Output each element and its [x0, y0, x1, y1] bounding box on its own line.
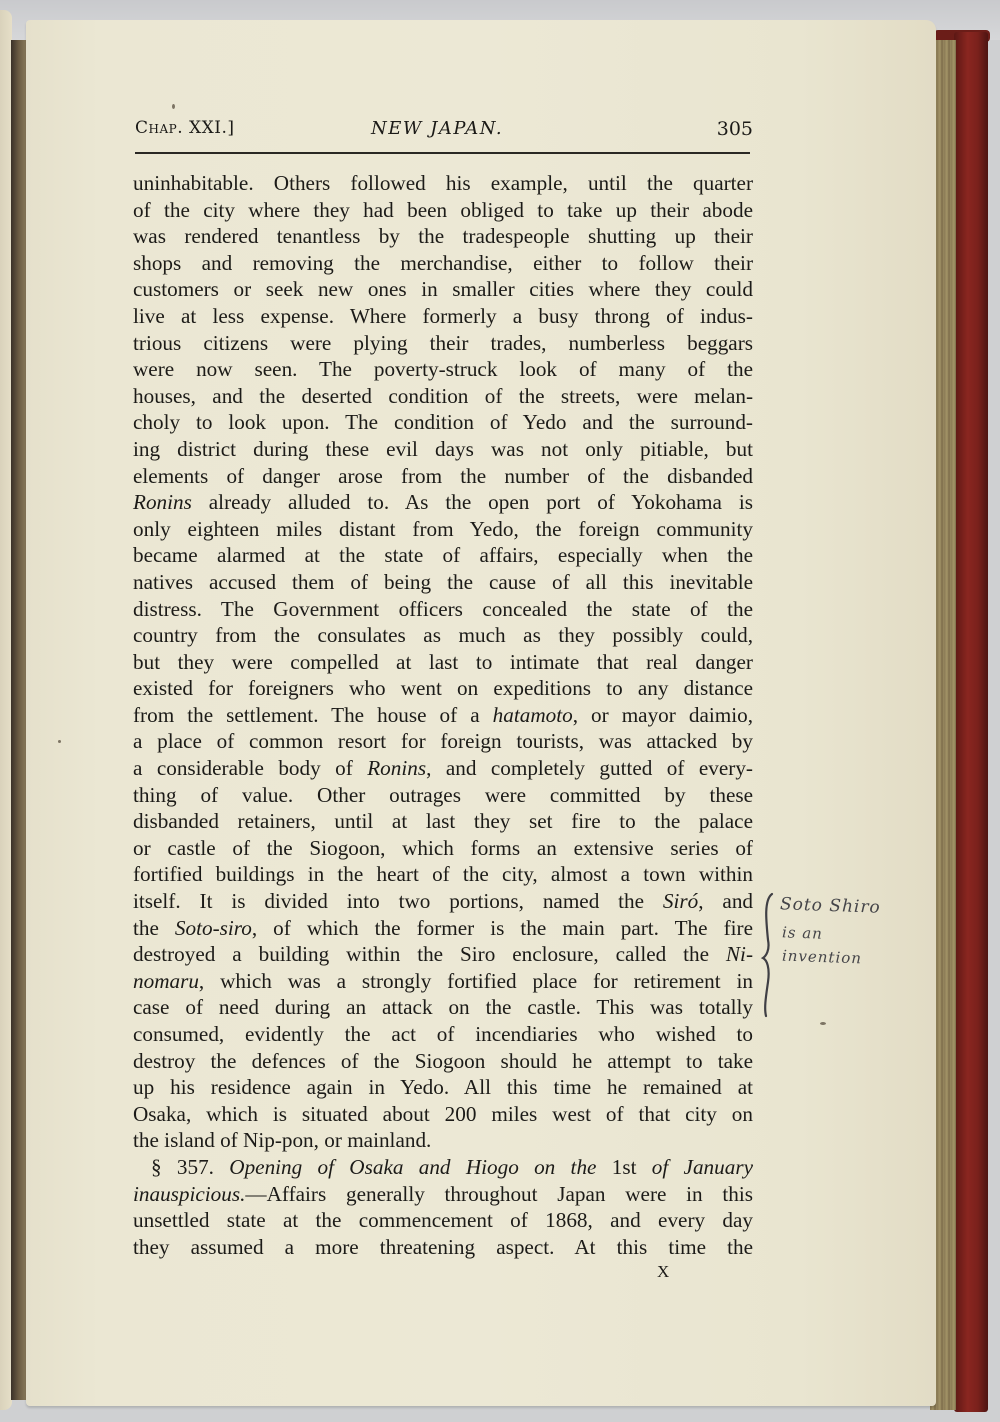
- text-run: itself. It is divided into two portions,…: [133, 889, 663, 913]
- text-run: only eighteen miles distant from Yedo, t…: [133, 517, 753, 541]
- text-run: the island of Nip-pon, or mainland.: [133, 1128, 431, 1152]
- text-run: choly to look upon. The condition of Yed…: [133, 410, 753, 434]
- text-line: choly to look upon. The condition of Yed…: [133, 409, 753, 436]
- text-run: , and completely gutted of every-: [426, 756, 753, 780]
- text-line: only eighteen miles distant from Yedo, t…: [133, 516, 753, 543]
- text-run: but they were compelled at last to intim…: [133, 650, 753, 674]
- text-run: a place of common resort for foreign tou…: [133, 729, 753, 753]
- text-line: nomaru, which was a strongly fortified p…: [133, 968, 753, 995]
- text-line: customers or seek new ones in smaller ci…: [133, 276, 753, 303]
- italic-text: Soto-siro: [175, 916, 252, 940]
- note-line: invention: [782, 947, 863, 968]
- note-line: is an: [782, 923, 823, 942]
- text-line: the Soto-siro, of which the former is th…: [133, 915, 753, 942]
- text-line: the island of Nip-pon, or mainland.: [133, 1127, 753, 1154]
- text-run: , of which the former is the main part. …: [252, 916, 753, 940]
- text-line: existed for foreigners who went on exped…: [133, 675, 753, 702]
- text-line: itself. It is divided into two portions,…: [133, 888, 753, 915]
- text-line: uninhabitable. Others followed his examp…: [133, 170, 753, 197]
- header-rule: [135, 152, 750, 154]
- note-line: Soto Shiro: [780, 894, 881, 918]
- text-run: became alarmed at the state of affairs, …: [133, 543, 753, 567]
- text-line: was rendered tenantless by the tradespeo…: [133, 223, 753, 250]
- text-line: a place of common resort for foreign tou…: [133, 728, 753, 755]
- italic-text: Ronins: [133, 490, 192, 514]
- text-run: or castle of the Siogoon, which forms an…: [133, 836, 753, 860]
- text-run: 1st: [612, 1155, 637, 1179]
- text-run: elements of danger arose from the number…: [133, 464, 753, 488]
- text-line: houses, and the deserted condition of th…: [133, 383, 753, 410]
- book-gutter: [11, 40, 27, 1400]
- text-line: they assumed a more threatening aspect. …: [133, 1234, 753, 1261]
- text-run: houses, and the deserted condition of th…: [133, 384, 753, 408]
- text-line: from the settlement. The house of a hata…: [133, 702, 753, 729]
- text-line: became alarmed at the state of affairs, …: [133, 542, 753, 569]
- marginal-annotation: Soto Shiro is an invention: [760, 890, 920, 1025]
- text-run: country from the consulates as much as t…: [133, 623, 753, 647]
- text-line: destroy the defences of the Siogoon shou…: [133, 1048, 753, 1075]
- text-line: were now seen. The poverty-struck look o…: [133, 356, 753, 383]
- italic-text: of January: [636, 1155, 753, 1179]
- text-line: ing district during these evil days was …: [133, 436, 753, 463]
- text-run: was rendered tenantless by the tradespeo…: [133, 224, 753, 248]
- italic-text: Opening of Osaka and Hiogo on the: [229, 1155, 611, 1179]
- text-run: from the settlement. The house of a: [133, 703, 493, 727]
- italic-text: nomaru: [133, 969, 199, 993]
- text-line: or castle of the Siogoon, which forms an…: [133, 835, 753, 862]
- paper-speck: [58, 740, 61, 743]
- text-run: trious citizens were plying their trades…: [133, 331, 753, 355]
- text-run: thing of value. Other outrages were comm…: [133, 783, 753, 807]
- text-run: ing district during these evil days was …: [133, 437, 753, 461]
- text-run: unsettled state at the commencement of 1…: [133, 1208, 753, 1232]
- text-line: a considerable body of Ronins, and compl…: [133, 755, 753, 782]
- text-line: of the city where they had been obliged …: [133, 197, 753, 224]
- text-run: case of need during an attack on the cas…: [133, 995, 753, 1019]
- text-run: were now seen. The poverty-struck look o…: [133, 357, 753, 381]
- text-line: consumed, evidently the act of incendiar…: [133, 1021, 753, 1048]
- text-run: , which was a strongly fortified place f…: [199, 969, 753, 993]
- text-run: , and: [698, 889, 753, 913]
- text-run: distress. The Government officers concea…: [133, 597, 753, 621]
- text-run: shops and removing the merchandise, eith…: [133, 251, 753, 275]
- text-line: inauspicious.—Affairs generally througho…: [133, 1181, 753, 1208]
- paper-speck: [172, 104, 175, 109]
- text-line: disbanded retainers, until at last they …: [133, 808, 753, 835]
- body-text: uninhabitable. Others followed his examp…: [133, 170, 753, 1260]
- text-run: they assumed a more threatening aspect. …: [133, 1235, 753, 1259]
- running-head: Chap. XXI.] NEW JAPAN. 305: [135, 118, 753, 148]
- text-line: distress. The Government officers concea…: [133, 596, 753, 623]
- text-line: unsettled state at the commencement of 1…: [133, 1207, 753, 1234]
- chapter-label: Chap. XXI.]: [135, 118, 234, 138]
- text-line: Ronins already alluded to. As the open p…: [133, 489, 753, 516]
- text-run: of the city where they had been obliged …: [133, 198, 753, 222]
- text-run: § 357.: [151, 1155, 229, 1179]
- book-cover-spine: [954, 32, 988, 1412]
- text-line: Osaka, which is situated about 200 miles…: [133, 1101, 753, 1128]
- text-line: country from the consulates as much as t…: [133, 622, 753, 649]
- text-run: the: [133, 916, 175, 940]
- text-line: destroyed a building within the Siro enc…: [133, 941, 753, 968]
- text-run: live at less expense. Where formerly a b…: [133, 304, 753, 328]
- text-run: consumed, evidently the act of incendiar…: [133, 1022, 753, 1046]
- text-run: a considerable body of: [133, 756, 367, 780]
- text-run: fortified buildings in the heart of the …: [133, 862, 753, 886]
- text-run: uninhabitable. Others followed his examp…: [133, 171, 753, 195]
- italic-text: Ronins: [367, 756, 426, 780]
- text-run: customers or seek new ones in smaller ci…: [133, 277, 753, 301]
- text-run: existed for foreigners who went on exped…: [133, 676, 753, 700]
- paper-speck: [820, 1022, 826, 1025]
- text-run: destroyed a building within the Siro enc…: [133, 942, 726, 966]
- text-run: disbanded retainers, until at last they …: [133, 809, 753, 833]
- text-line: trious citizens were plying their trades…: [133, 330, 753, 357]
- text-line: § 357. Opening of Osaka and Hiogo on the…: [133, 1154, 753, 1181]
- text-line: shops and removing the merchandise, eith…: [133, 250, 753, 277]
- text-line: elements of danger arose from the number…: [133, 463, 753, 490]
- text-line: up his residence again in Yedo. All this…: [133, 1074, 753, 1101]
- page-number: 305: [717, 118, 753, 140]
- italic-text: hatamoto: [493, 703, 573, 727]
- text-run: , or mayor daimio,: [573, 703, 753, 727]
- text-run: destroy the defences of the Siogoon shou…: [133, 1049, 753, 1073]
- signature-mark: X: [657, 1262, 669, 1282]
- text-line: case of need during an attack on the cas…: [133, 994, 753, 1021]
- italic-text: Ni-: [726, 942, 753, 966]
- text-run: Osaka, which is situated about 200 miles…: [133, 1102, 753, 1126]
- text-run: already alluded to. As the open port of …: [192, 490, 753, 514]
- text-line: thing of value. Other outrages were comm…: [133, 782, 753, 809]
- text-line: live at less expense. Where formerly a b…: [133, 303, 753, 330]
- text-run: —Affairs generally throughout Japan were…: [245, 1182, 753, 1206]
- italic-text: Siró: [663, 889, 698, 913]
- text-line: but they were compelled at last to intim…: [133, 649, 753, 676]
- text-line: natives accused them of being the cause …: [133, 569, 753, 596]
- italic-text: inauspicious.: [133, 1182, 245, 1206]
- book-title: NEW JAPAN.: [371, 118, 503, 139]
- text-run: natives accused them of being the cause …: [133, 570, 753, 594]
- text-line: fortified buildings in the heart of the …: [133, 861, 753, 888]
- text-run: up his residence again in Yedo. All this…: [133, 1075, 753, 1099]
